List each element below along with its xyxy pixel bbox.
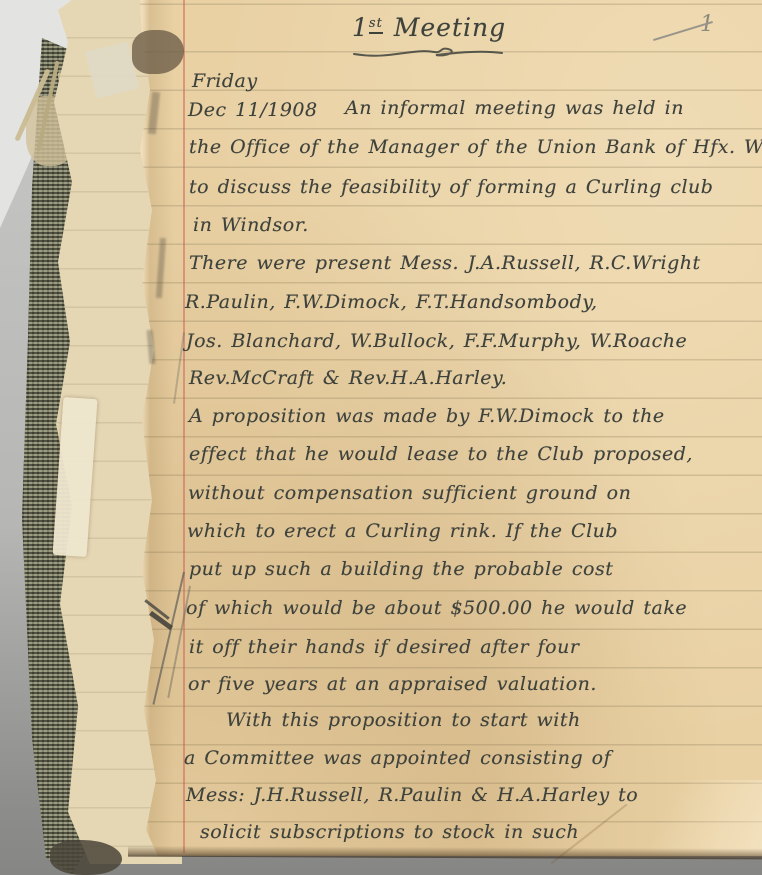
heading-ordinal: st [369, 16, 383, 34]
handwritten-line: Mess: J.H.Russell, R.Paulin & H.A.Harley… [186, 784, 638, 806]
handwritten-line: effect that he would lease to the Club p… [189, 443, 693, 465]
title-underline-flourish [350, 44, 510, 62]
handwritten-line: solicit subscriptions to stock in such [200, 821, 579, 843]
handwritten-line: of which would be about $500.00 he would… [186, 597, 687, 619]
handwritten-line: which to erect a Curling rink. If the Cl… [187, 520, 618, 542]
handwritten-line: put up such a building the probable cost [189, 558, 613, 580]
handwritten-line: it off their hands if desired after four [189, 636, 579, 658]
margin-day: Friday [192, 70, 258, 92]
handwritten-line: A proposition was made by F.W.Dimock to … [189, 405, 665, 427]
heading-word: Meeting [394, 13, 506, 42]
handwritten-line: Rev.McCraft & Rev.H.A.Harley. [189, 367, 507, 389]
handwritten-line: With this proposition to start with [226, 709, 581, 731]
handwritten-line: Jos. Blanchard, W.Bullock, F.F.Murphy, W… [186, 330, 687, 352]
margin-rule-line [183, 0, 185, 853]
handwritten-line: to discuss the feasibility of forming a … [189, 176, 713, 198]
handwritten-line: a Committee was appointed consisting of [184, 747, 611, 769]
heading-number: 1 [352, 13, 369, 42]
margin-date: Dec 11/1908 [188, 99, 318, 121]
handwritten-line: without compensation sufficient ground o… [188, 482, 631, 504]
binding-bottom-tip [50, 840, 122, 875]
handwritten-line: An informal meeting was held in [345, 97, 684, 119]
handwritten-line: or five years at an appraised valuation. [188, 673, 597, 695]
handwritten-line: R.Paulin, F.W.Dimock, F.T.Handsombody, [185, 291, 598, 313]
handwritten-line: in Windsor. [193, 214, 309, 236]
page-bottom-edge [128, 846, 762, 860]
handwritten-line: There were present Mess. J.A.Russell, R.… [189, 252, 701, 274]
scanned-page: 1st Meeting 1 Friday Dec 11/1908 An info… [0, 0, 762, 875]
handwritten-line: the Office of the Manager of the Union B… [189, 136, 762, 158]
heading-title: 1st Meeting [352, 13, 506, 42]
